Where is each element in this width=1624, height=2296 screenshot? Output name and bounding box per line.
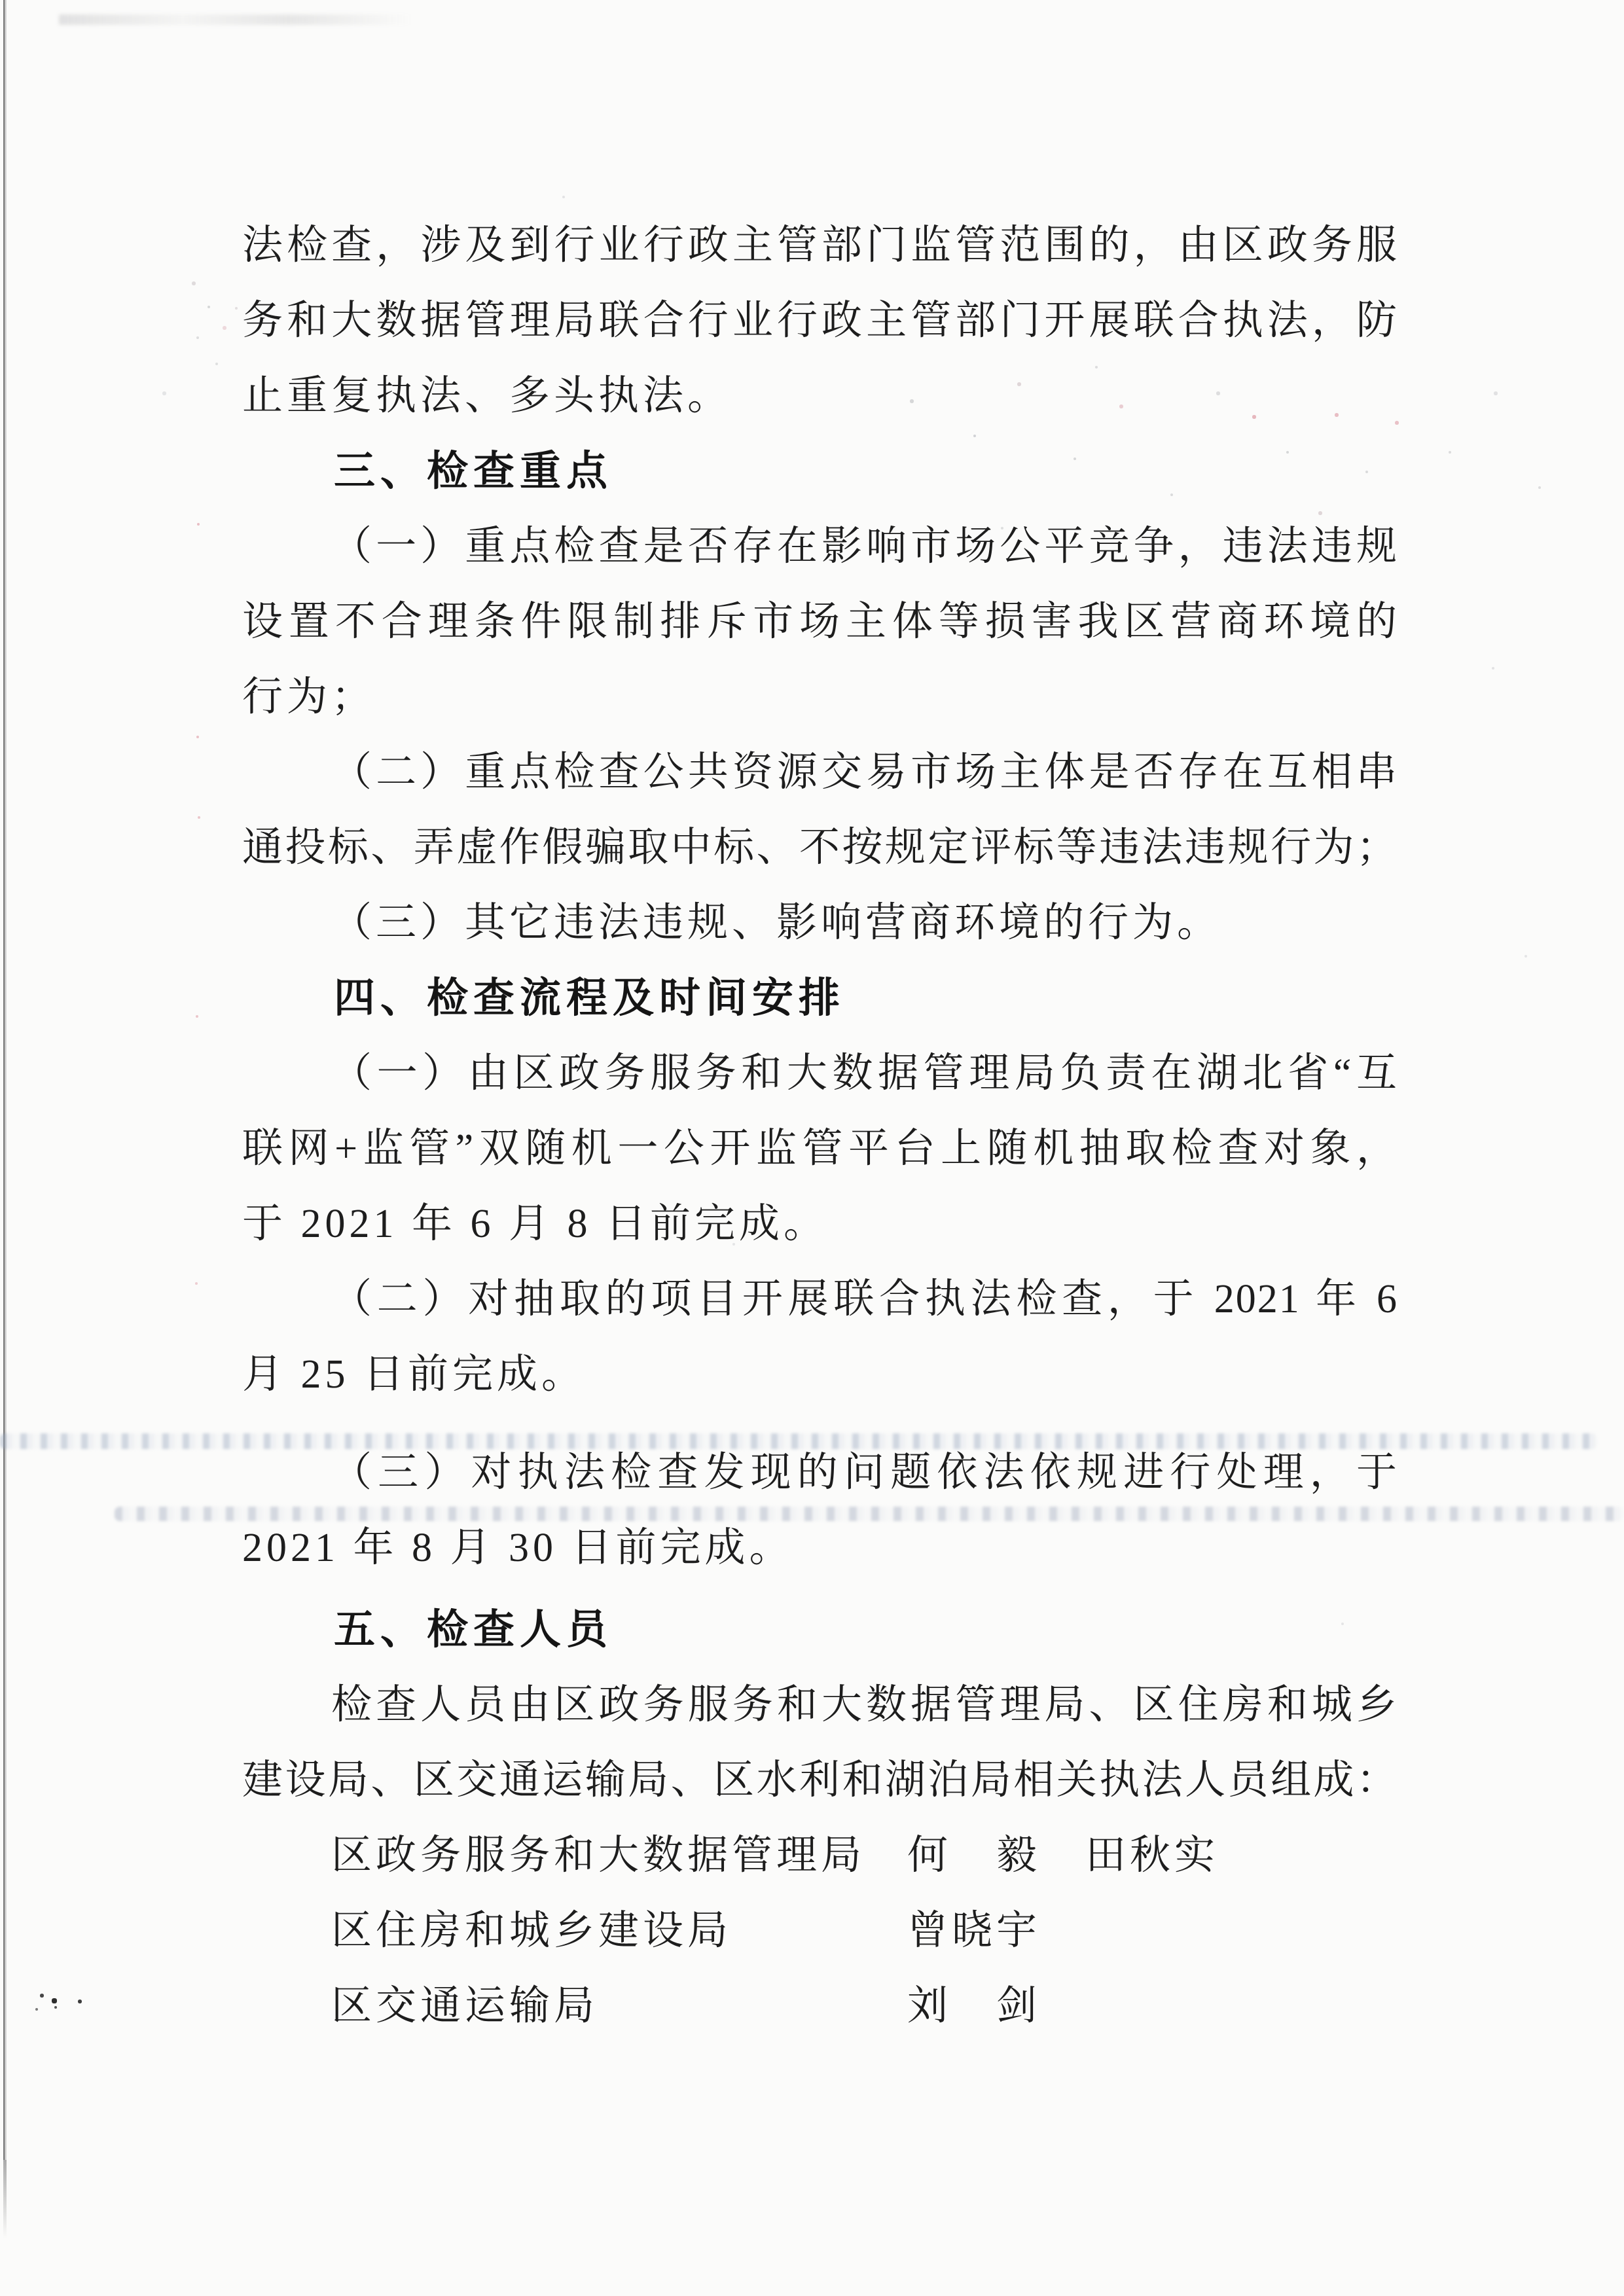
department-name: 区住房和城乡建设局 xyxy=(331,1893,907,1969)
personnel-row: 区住房和城乡建设局曾晓宇 xyxy=(242,1893,1398,1969)
document-line: 设置不合理条件限制排斥市场主体等损害我区营商环境的 xyxy=(242,584,1398,660)
document-line: 于 2021 年 6 月 8 日前完成。 xyxy=(242,1187,1398,1262)
document-line: 建设局、区交通运输局、区水利和湖泊局相关执法人员组成： xyxy=(242,1743,1398,1818)
department-name: 区交通运输局 xyxy=(331,1969,907,2044)
document-line: 2021 年 8 月 30 日前完成。 xyxy=(242,1511,1398,1586)
document-line: （三）对执法检查发现的问题依法依规进行处理，于 xyxy=(242,1435,1398,1511)
document-line: （一）重点检查是否存在影响市场公平竞争，违法违规 xyxy=(242,509,1398,584)
document-line: 月 25 日前完成。 xyxy=(242,1337,1398,1412)
section-heading-4: 四、检查流程及时间安排 xyxy=(242,961,1398,1036)
document-line: （三）其它违法违规、影响营商环境的行为。 xyxy=(242,886,1398,961)
document-line: 务和大数据管理局联合行业行政主管部门开展联合执法，防 xyxy=(242,283,1398,359)
document-line: 通投标、弄虚作假骗取中标、不按规定评标等违法违规行为； xyxy=(242,810,1398,886)
scan-ink-dots xyxy=(0,0,1,1)
personnel-row: 区交通运输局刘 剑 xyxy=(242,1969,1398,2044)
document-line: 止重复执法、多头执法。 xyxy=(242,359,1398,434)
document-line: （二）重点检查公共资源交易市场主体是否存在互相串 xyxy=(242,735,1398,810)
department-name: 区政务服务和大数据管理局 xyxy=(331,1818,907,1893)
personnel-names: 刘 剑 xyxy=(907,1984,1041,2028)
personnel-row: 区政务服务和大数据管理局何 毅 田秋实 xyxy=(242,1818,1398,1893)
personnel-names: 曾晓宇 xyxy=(907,1909,1041,1953)
document-line: （二）对抽取的项目开展联合执法检查，于 2021 年 6 xyxy=(242,1262,1398,1337)
scanned-document-page: 法检查，涉及到行业行政主管部门监管范围的，由区政务服 务和大数据管理局联合行业行… xyxy=(0,0,1624,2296)
document-text-block: 法检查，涉及到行业行政主管部门监管范围的，由区政务服 务和大数据管理局联合行业行… xyxy=(242,208,1398,2044)
section-heading-3: 三、检查重点 xyxy=(242,434,1398,509)
document-line: 检查人员由区政务服务和大数据管理局、区住房和城乡 xyxy=(242,1668,1398,1743)
document-line: 法检查，涉及到行业行政主管部门监管范围的，由区政务服 xyxy=(242,208,1398,283)
section-heading-5: 五、检查人员 xyxy=(242,1592,1398,1668)
scan-top-smudge xyxy=(59,14,412,25)
personnel-names: 何 毅 田秋实 xyxy=(907,1833,1219,1878)
document-line: （一）由区政务服务和大数据管理局负责在湖北省“互 xyxy=(242,1036,1398,1111)
document-line: 行为； xyxy=(242,660,1398,735)
scan-edge-line xyxy=(3,0,7,2160)
document-line: 联网+监管”双随机一公开监管平台上随机抽取检查对象， xyxy=(242,1111,1398,1187)
